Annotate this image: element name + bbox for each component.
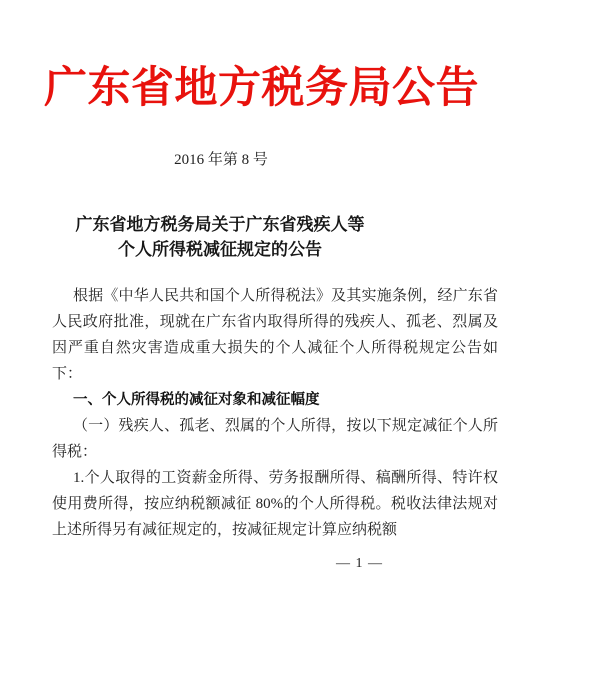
document-number: 2016 年第 8 号 (0, 149, 442, 171)
announcement-heading-line-2: 个人所得税减征规定的公告 (0, 237, 440, 262)
section-1-heading: 一、个人所得税的减征对象和减征幅度 (52, 387, 498, 413)
document-title: 广东省地方税务局公告 (44, 54, 479, 115)
clause-1-paragraph: （一）残疾人、孤老、烈属的个人所得，按以下规定减征个人所得税： (52, 413, 498, 465)
document-page: 广东省地方税务局公告 2016 年第 8 号 广东省地方税务局关于广东省残疾人等… (0, 0, 613, 675)
announcement-heading-line-1: 广东省地方税务局关于广东省残疾人等 (0, 212, 440, 237)
announcement-heading: 广东省地方税务局关于广东省残疾人等 个人所得税减征规定的公告 (0, 212, 440, 262)
intro-paragraph: 根据《中华人民共和国个人所得税法》及其实施条例，经广东省人民政府批准，现就在广东… (52, 283, 498, 387)
item-1-paragraph: 1.个人取得的工资薪金所得、劳务报酬所得、稿酬所得、特许权使用费所得，按应纳税额… (52, 465, 498, 543)
document-body: 根据《中华人民共和国个人所得税法》及其实施条例，经广东省人民政府批准，现就在广东… (52, 283, 498, 543)
page-number: — 1 — (336, 556, 383, 572)
